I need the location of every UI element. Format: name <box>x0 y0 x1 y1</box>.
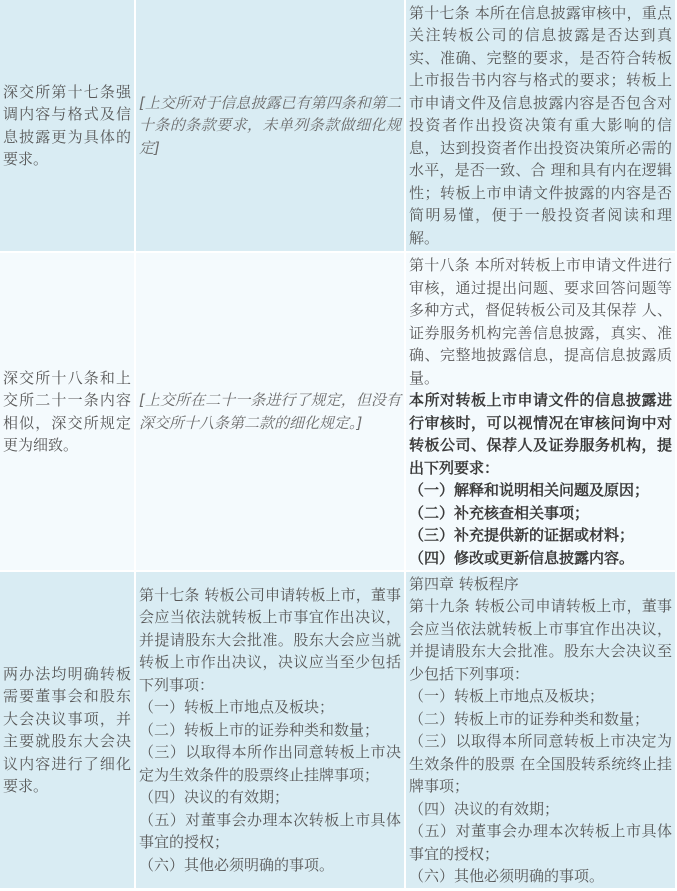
list-item: （三）以取得本所同意转板上市决定为生效条件的股票 在全国股转系统终止挂牌事项； <box>409 730 672 798</box>
row-1-szse-content: 第十七条 本所在信息披露审核中，重点关注转板公司的信息披露是否达到真实、准确、完… <box>409 2 672 250</box>
list-item: （一）转板上市地点及板块； <box>409 685 672 708</box>
list-item: （一）转板上市地点及板块； <box>139 696 401 719</box>
list-item: （三）以取得本所作出同意转板上市决定为生效条件的股票终止挂牌事项； <box>139 741 401 786</box>
sse-note: [上交所对于信息披露已有第四条和第二十条的条款要求，未单列条款做细化规定] <box>139 92 401 160</box>
row-3-analysis-cell: 两办法均明确转板需要董事会和股东大会决议事项，并主要就股东大会决议内容进行了细化… <box>0 572 134 888</box>
szse-article-18: 第十八条 本所对转板上市申请文件进行审核，通过提出问题、要求回答问题等多种方式，… <box>409 254 672 389</box>
chapter-heading: 第四章 转板程序 <box>409 573 672 596</box>
list-item: （五）对董事会办理本次转板上市具体事宜的授权； <box>139 809 401 854</box>
row-2-sse-content: [上交所在二十一条进行了规定，但没有深交所十八条第二款的细化规定。] <box>139 389 401 434</box>
row-1-szse-cell: 第十七条 本所在信息披露审核中，重点关注转板公司的信息披露是否达到真实、准确、完… <box>406 0 675 251</box>
list-item: （五）对董事会办理本次转板上市具体事宜的授权； <box>409 820 672 865</box>
comparison-table: 深交所第十七条强调内容与格式及信息披露更为具体的要求。 [上交所对于信息披露已有… <box>0 0 675 888</box>
list-item: （六）其他必须明确的事项。 <box>409 865 672 888</box>
list-item: （二）转板上市的证券种类和数量； <box>409 708 672 731</box>
row-3-szse-cell: 第四章 转板程序 第十九条 转板公司申请转板上市，董事会应当依法就转板上市事宜作… <box>406 572 675 888</box>
row-2-sse-cell: [上交所在二十一条进行了规定，但没有深交所十八条第二款的细化规定。] <box>136 253 404 570</box>
list-item: （二）转板上市的证券种类和数量； <box>139 719 401 742</box>
row-2-szse-cell: 第十八条 本所对转板上市申请文件进行审核，通过提出问题、要求回答问题等多种方式，… <box>406 253 675 570</box>
row-3-szse-content: 第四章 转板程序 第十九条 转板公司申请转板上市，董事会应当依法就转板上市事宜作… <box>409 573 672 888</box>
list-item: （三）补充提供新的证据或材料； <box>409 524 672 547</box>
row-1-sse-content: [上交所对于信息披露已有第四条和第二十条的条款要求，未单列条款做细化规定] <box>139 92 401 160</box>
list-item: （二）补充核查相关事项； <box>409 502 672 525</box>
szse-article-17: 第十七条 本所在信息披露审核中，重点关注转板公司的信息披露是否达到真实、准确、完… <box>409 2 672 250</box>
row-2-szse-content: 第十八条 本所对转板上市申请文件进行审核，通过提出问题、要求回答问题等多种方式，… <box>409 254 672 569</box>
sse-article-17: 第十七条 转板公司申请转板上市，董事会应当依法就转板上市事宜作出决议，并提请股东… <box>139 584 401 697</box>
row-3-sse-content: 第十七条 转板公司申请转板上市，董事会应当依法就转板上市事宜作出决议，并提请股东… <box>139 584 401 877</box>
row-3-sse-cell: 第十七条 转板公司申请转板上市，董事会应当依法就转板上市事宜作出决议，并提请股东… <box>136 572 404 888</box>
list-item: （四）决议的有效期； <box>139 786 401 809</box>
row-2-analysis-cell: 深交所十八条和上交所二十一条内容相似，深交所规定更为细致。 <box>0 253 134 570</box>
list-item: （一）解释和说明相关问题及原因； <box>409 479 672 502</box>
row-2-analysis-text: 深交所十八条和上交所二十一条内容相似，深交所规定更为细致。 <box>3 367 131 457</box>
list-item: （四）决议的有效期； <box>409 798 672 821</box>
sse-note: [上交所在二十一条进行了规定，但没有深交所十八条第二款的细化规定。] <box>139 389 401 434</box>
row-1-analysis-text: 深交所第十七条强调内容与格式及信息披露更为具体的要求。 <box>3 81 131 171</box>
list-item: （四）修改或更新信息披露内容。 <box>409 547 672 570</box>
szse-article-19: 第十九条 转板公司申请转板上市，董事会应当依法就转板上市事宜作出决议，并提请股东… <box>409 595 672 685</box>
szse-article-18-clause-2: 本所对转板上市申请文件的信息披露进行审核时，可以视情况在审核问询中对转板公司、保… <box>409 389 672 479</box>
row-3-analysis-text: 两办法均明确转板需要董事会和股东大会决议事项，并主要就股东大会决议内容进行了细化… <box>3 663 131 798</box>
row-1-sse-cell: [上交所对于信息披露已有第四条和第二十条的条款要求，未单列条款做细化规定] <box>136 0 404 251</box>
row-1-analysis-cell: 深交所第十七条强调内容与格式及信息披露更为具体的要求。 <box>0 0 134 251</box>
list-item: （六）其他必须明确的事项。 <box>139 854 401 877</box>
